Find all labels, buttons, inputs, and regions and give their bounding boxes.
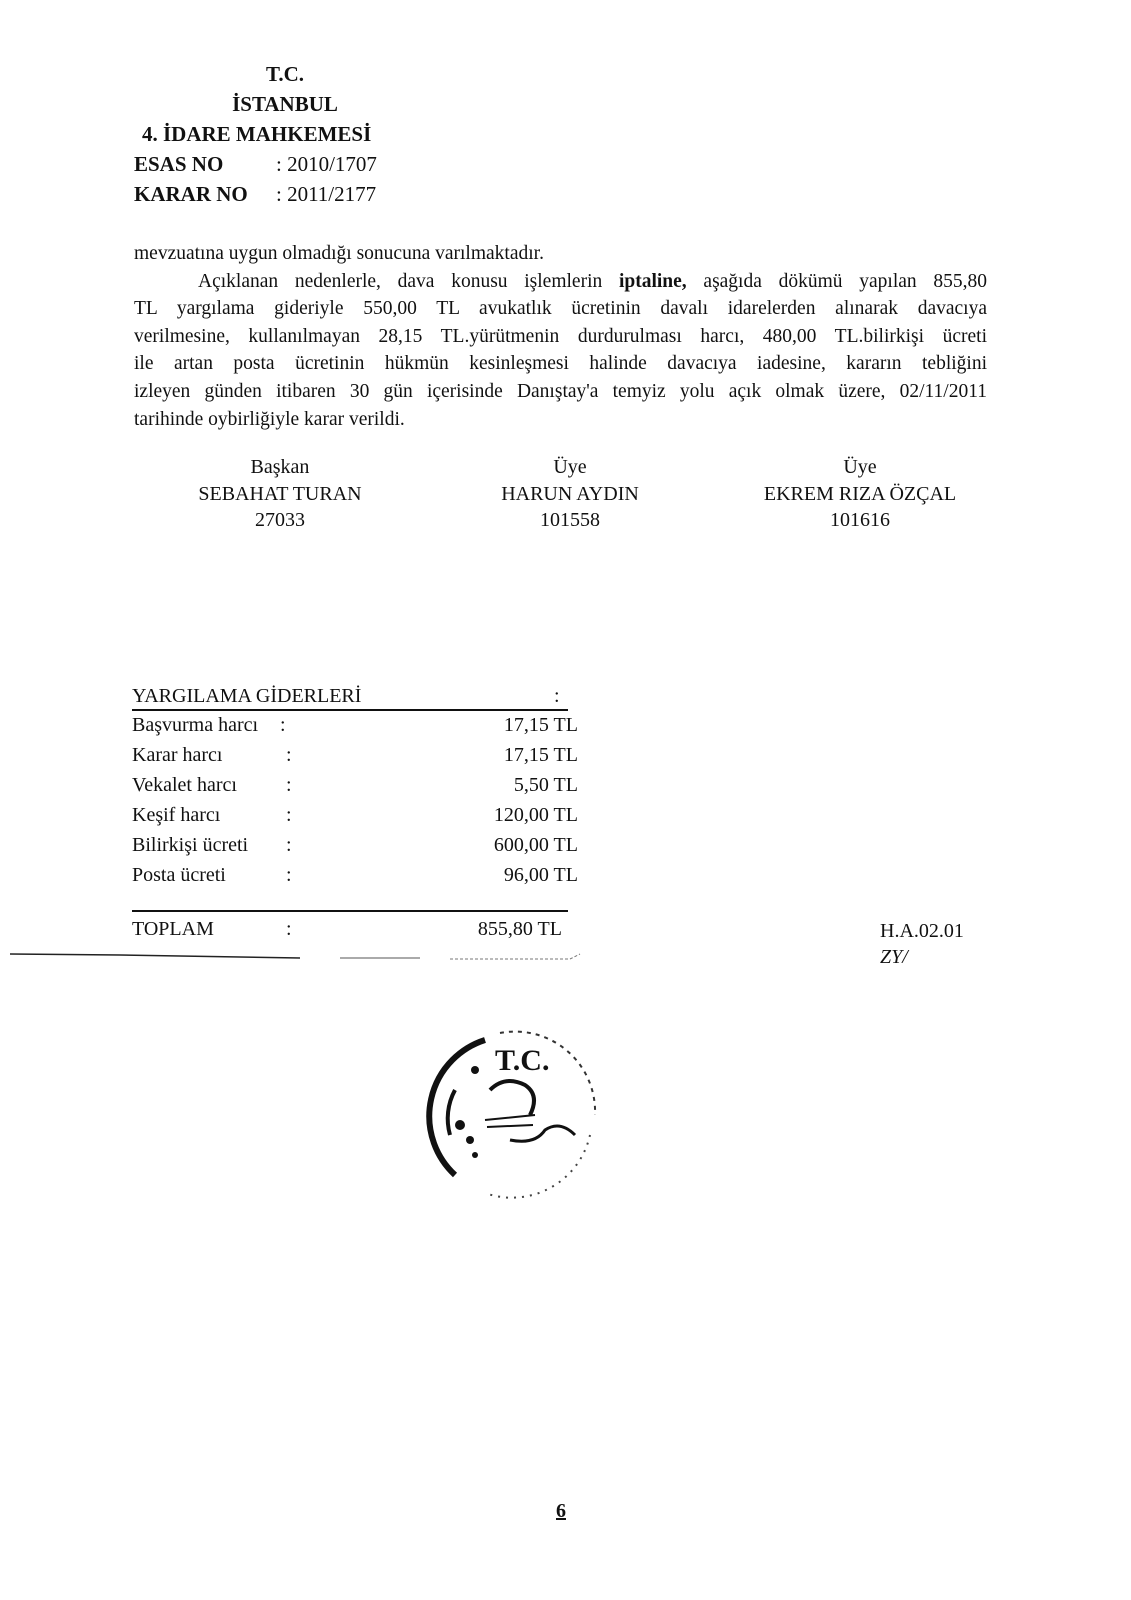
signatory-role: Başkan	[170, 454, 390, 481]
reference-initials: ZY/	[880, 946, 908, 969]
total-rule	[132, 910, 568, 912]
signatory-name: EKREM RIZA ÖZÇAL	[740, 481, 980, 508]
expense-label: Posta ücreti	[132, 864, 226, 887]
header-city: İSTANBUL	[180, 92, 390, 117]
expense-colon: :	[280, 714, 286, 737]
decision-text: mevzuatına uygun olmadığı sonucuna varıl…	[134, 240, 987, 433]
body-line-6: izleyen günden itibaren 30 gün içerisind…	[134, 378, 987, 406]
expense-value: 600,00 TL	[494, 834, 578, 857]
expense-row: Başvurma harcı : 17,15 TL	[132, 714, 578, 744]
expense-row: Karar harcı : 17,15 TL	[132, 744, 578, 774]
expense-colon: :	[286, 834, 292, 857]
signatory-chair: Başkan SEBAHAT TURAN 27033	[170, 454, 390, 534]
signatory-role: Üye	[460, 454, 680, 481]
page-number: 6	[556, 1500, 566, 1523]
expense-value: 5,50 TL	[514, 774, 578, 797]
body-text-segment: aşağıda dökümü yapılan 855,80	[687, 271, 987, 292]
body-line-5: ile artan posta ücretinin hükmün kesinle…	[134, 350, 987, 378]
expense-value: 17,15 TL	[504, 744, 578, 767]
body-line-1: mevzuatına uygun olmadığı sonucuna varıl…	[134, 240, 987, 268]
header-court: 4. İDARE MAHKEMESİ	[142, 122, 371, 147]
expense-label: Bilirkişi ücreti	[132, 834, 248, 857]
total-label: TOPLAM	[132, 918, 214, 941]
expense-value: 96,00 TL	[504, 864, 578, 887]
expense-row: Keşif harcı : 120,00 TL	[132, 804, 578, 834]
expense-value: 120,00 TL	[494, 804, 578, 827]
expense-colon: :	[286, 774, 292, 797]
esas-no-label: ESAS NO	[134, 152, 223, 177]
expense-label: Keşif harcı	[132, 804, 220, 827]
signatory-name: HARUN AYDIN	[460, 481, 680, 508]
signatory-role: Üye	[740, 454, 980, 481]
expense-label: Başvurma harcı	[132, 714, 258, 737]
signatory-id: 101558	[460, 507, 680, 534]
karar-no-value: : 2011/2177	[276, 182, 376, 207]
expense-row: Posta ücreti : 96,00 TL	[132, 864, 578, 894]
expense-label: Vekalet harcı	[132, 774, 237, 797]
expenses-title-colon: :	[554, 685, 560, 708]
expense-value: 17,15 TL	[504, 714, 578, 737]
total-value: 855,80 TL	[478, 918, 562, 941]
body-line-2: Açıklanan nedenlerle, dava konusu işleml…	[134, 268, 987, 296]
body-text-segment: Açıklanan nedenlerle, dava konusu işleml…	[198, 271, 619, 292]
expense-row: Bilirkişi ücreti : 600,00 TL	[132, 834, 578, 864]
scan-artifact-line	[0, 946, 600, 966]
body-line-7: tarihinde oybirliğiyle karar verildi.	[134, 406, 987, 434]
body-line-3: TL yargılama gideriyle 550,00 TL avukatl…	[134, 295, 987, 323]
karar-no-label: KARAR NO	[134, 182, 248, 207]
expense-colon: :	[286, 864, 292, 887]
signatory-id: 101616	[740, 507, 980, 534]
signatory-id: 27033	[170, 507, 390, 534]
esas-no-value: : 2010/1707	[276, 152, 377, 177]
expense-colon: :	[286, 744, 292, 767]
reference-code: H.A.02.01	[880, 920, 964, 943]
expenses-title: YARGILAMA GİDERLERİ	[132, 685, 361, 708]
expense-label: Karar harcı	[132, 744, 223, 767]
expense-colon: :	[286, 804, 292, 827]
signatory-name: SEBAHAT TURAN	[170, 481, 390, 508]
body-line-4: verilmesine, kullanılmayan 28,15 TL.yürü…	[134, 323, 987, 351]
total-row: TOPLAM : 855,80 TL	[132, 918, 578, 948]
title-underline	[132, 709, 568, 711]
total-colon: :	[286, 918, 292, 941]
stamp-text: T.C.	[495, 1044, 549, 1077]
signatory-member-1: Üye HARUN AYDIN 101558	[460, 454, 680, 534]
iptaline-bold: iptaline,	[619, 271, 687, 292]
signatory-member-2: Üye EKREM RIZA ÖZÇAL 101616	[740, 454, 980, 534]
court-seal-stamp-icon: T.C.	[425, 1015, 615, 1205]
header-country: T.C.	[230, 62, 340, 87]
expense-row: Vekalet harcı : 5,50 TL	[132, 774, 578, 804]
